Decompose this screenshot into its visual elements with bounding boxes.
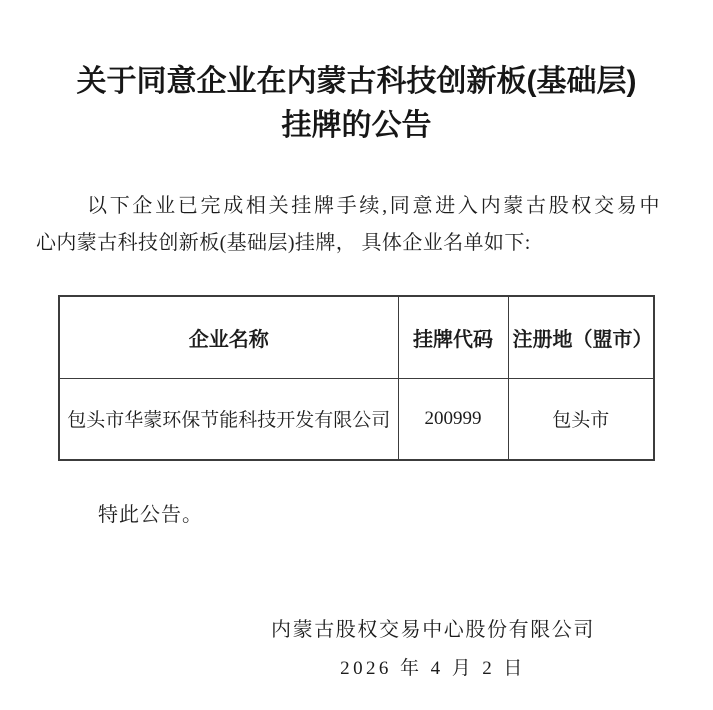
cell-company-name: 包头市华蒙环保节能科技开发有限公司 <box>59 378 398 460</box>
signature-block: 内蒙古股权交易中心股份有限公司 2026 年 4 月 2 日 <box>271 611 595 689</box>
header-registration-region: 注册地（盟市） <box>508 296 654 378</box>
cell-registration-region: 包头市 <box>508 378 654 460</box>
body-paragraph-line-2: 心内蒙古科技创新板(基础层)挂牌， 具体企业名单如下: <box>36 225 677 262</box>
header-listing-code: 挂牌代码 <box>398 296 508 378</box>
companies-table: 企业名称 挂牌代码 注册地（盟市） 包头市华蒙环保节能科技开发有限公司 2009… <box>58 295 655 461</box>
announcement-page: 关于同意企业在内蒙古科技创新板(基础层) 挂牌的公告 以下企业已完成相关挂牌手续… <box>0 0 713 710</box>
signature-company-name: 内蒙古股权交易中心股份有限公司 <box>271 611 595 649</box>
cell-listing-code: 200999 <box>398 378 508 460</box>
body-paragraph: 以下企业已完成相关挂牌手续,同意进入内蒙古股权交易中 心内蒙古科技创新板(基础层… <box>36 188 677 262</box>
table-header-row: 企业名称 挂牌代码 注册地（盟市） <box>59 296 654 378</box>
signature-date: 2026 年 4 月 2 日 <box>271 649 595 689</box>
announcement-title: 关于同意企业在内蒙古科技创新板(基础层) 挂牌的公告 <box>0 60 713 148</box>
table-row: 包头市华蒙环保节能科技开发有限公司 200999 包头市 <box>59 378 654 460</box>
announcement-title-line-1: 关于同意企业在内蒙古科技创新板(基础层) <box>0 60 713 104</box>
closing-statement: 特此公告。 <box>36 497 203 534</box>
announcement-title-line-2: 挂牌的公告 <box>0 104 713 148</box>
header-company-name: 企业名称 <box>59 296 398 378</box>
body-paragraph-line-1: 以下企业已完成相关挂牌手续,同意进入内蒙古股权交易中 <box>36 188 677 225</box>
